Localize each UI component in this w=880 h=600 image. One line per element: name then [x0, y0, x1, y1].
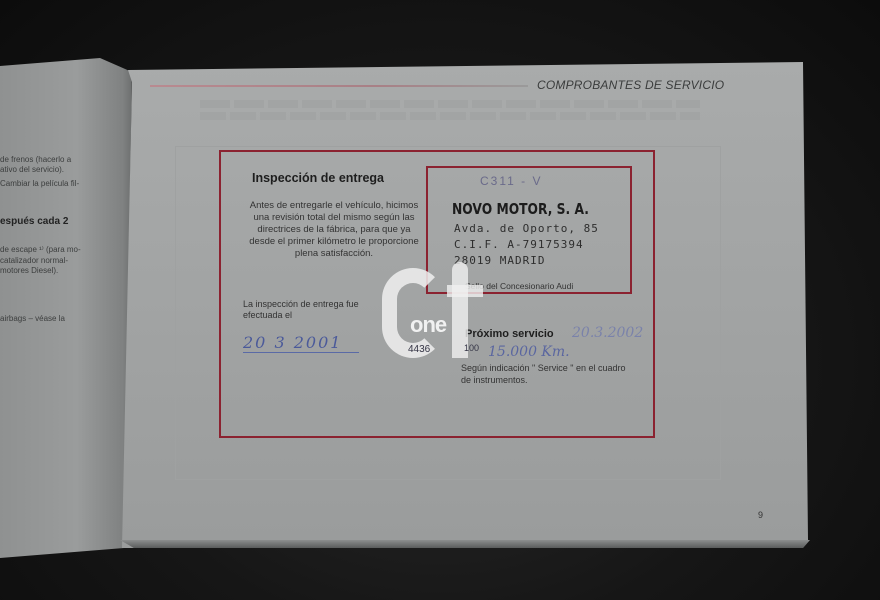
- left-text-line: motores Diesel).: [0, 266, 58, 275]
- left-page: de frenos (hacerlo a ativo del servicio)…: [0, 58, 140, 558]
- dealer-name: NOVO MOTOR, S. A.: [452, 200, 589, 218]
- dealer-address: Avda. de Oporto, 85: [454, 222, 599, 235]
- stamp-code: C311 - V: [480, 174, 542, 188]
- watermark-brand: one: [410, 312, 446, 338]
- left-text-line: Cambiar la película fil-: [0, 179, 79, 188]
- inspection-date: 20 3 2001: [243, 333, 359, 353]
- left-text-line: catalizador normal-: [0, 256, 68, 265]
- header-rule: [150, 85, 528, 87]
- left-heading: espués cada 2: [0, 216, 68, 227]
- watermark-f-bar: [447, 285, 483, 297]
- section-title: COMPROBANTES DE SERVICIO: [537, 78, 724, 92]
- next-service-km: 15.000 Km.: [488, 344, 570, 360]
- photo-scene: de frenos (hacerlo a ativo del servicio)…: [0, 0, 880, 600]
- inspection-title: Inspección de entrega: [252, 171, 384, 185]
- show-through-text: [200, 100, 700, 108]
- left-text-line: ativo del servicio).: [0, 165, 64, 174]
- next-service-title: Próximo servicio: [465, 328, 554, 340]
- watermark-number-left: 4436: [408, 344, 430, 355]
- dealer-cif: C.I.F. A-79175394: [454, 238, 584, 251]
- page-number: 9: [758, 510, 763, 520]
- watermark-number-right: 100: [464, 343, 479, 353]
- page-edge: [120, 540, 810, 548]
- next-service-date: 20.3.2002: [572, 325, 643, 341]
- left-text-line: de escape ¹⁾ (para mo-: [0, 245, 81, 254]
- inspection-date-label: La inspección de entrega fue efectuada e…: [243, 299, 393, 321]
- left-text-line: de frenos (hacerlo a: [0, 155, 71, 164]
- left-text-line: airbags – véase la: [0, 314, 65, 323]
- next-service-note: Según indicación " Service " en el cuadr…: [461, 362, 631, 386]
- inspection-paragraph: Antes de entregarle el vehículo, hicimos…: [248, 200, 420, 260]
- dealer-city: 28019 MADRID: [454, 254, 545, 267]
- show-through-text: [200, 112, 700, 120]
